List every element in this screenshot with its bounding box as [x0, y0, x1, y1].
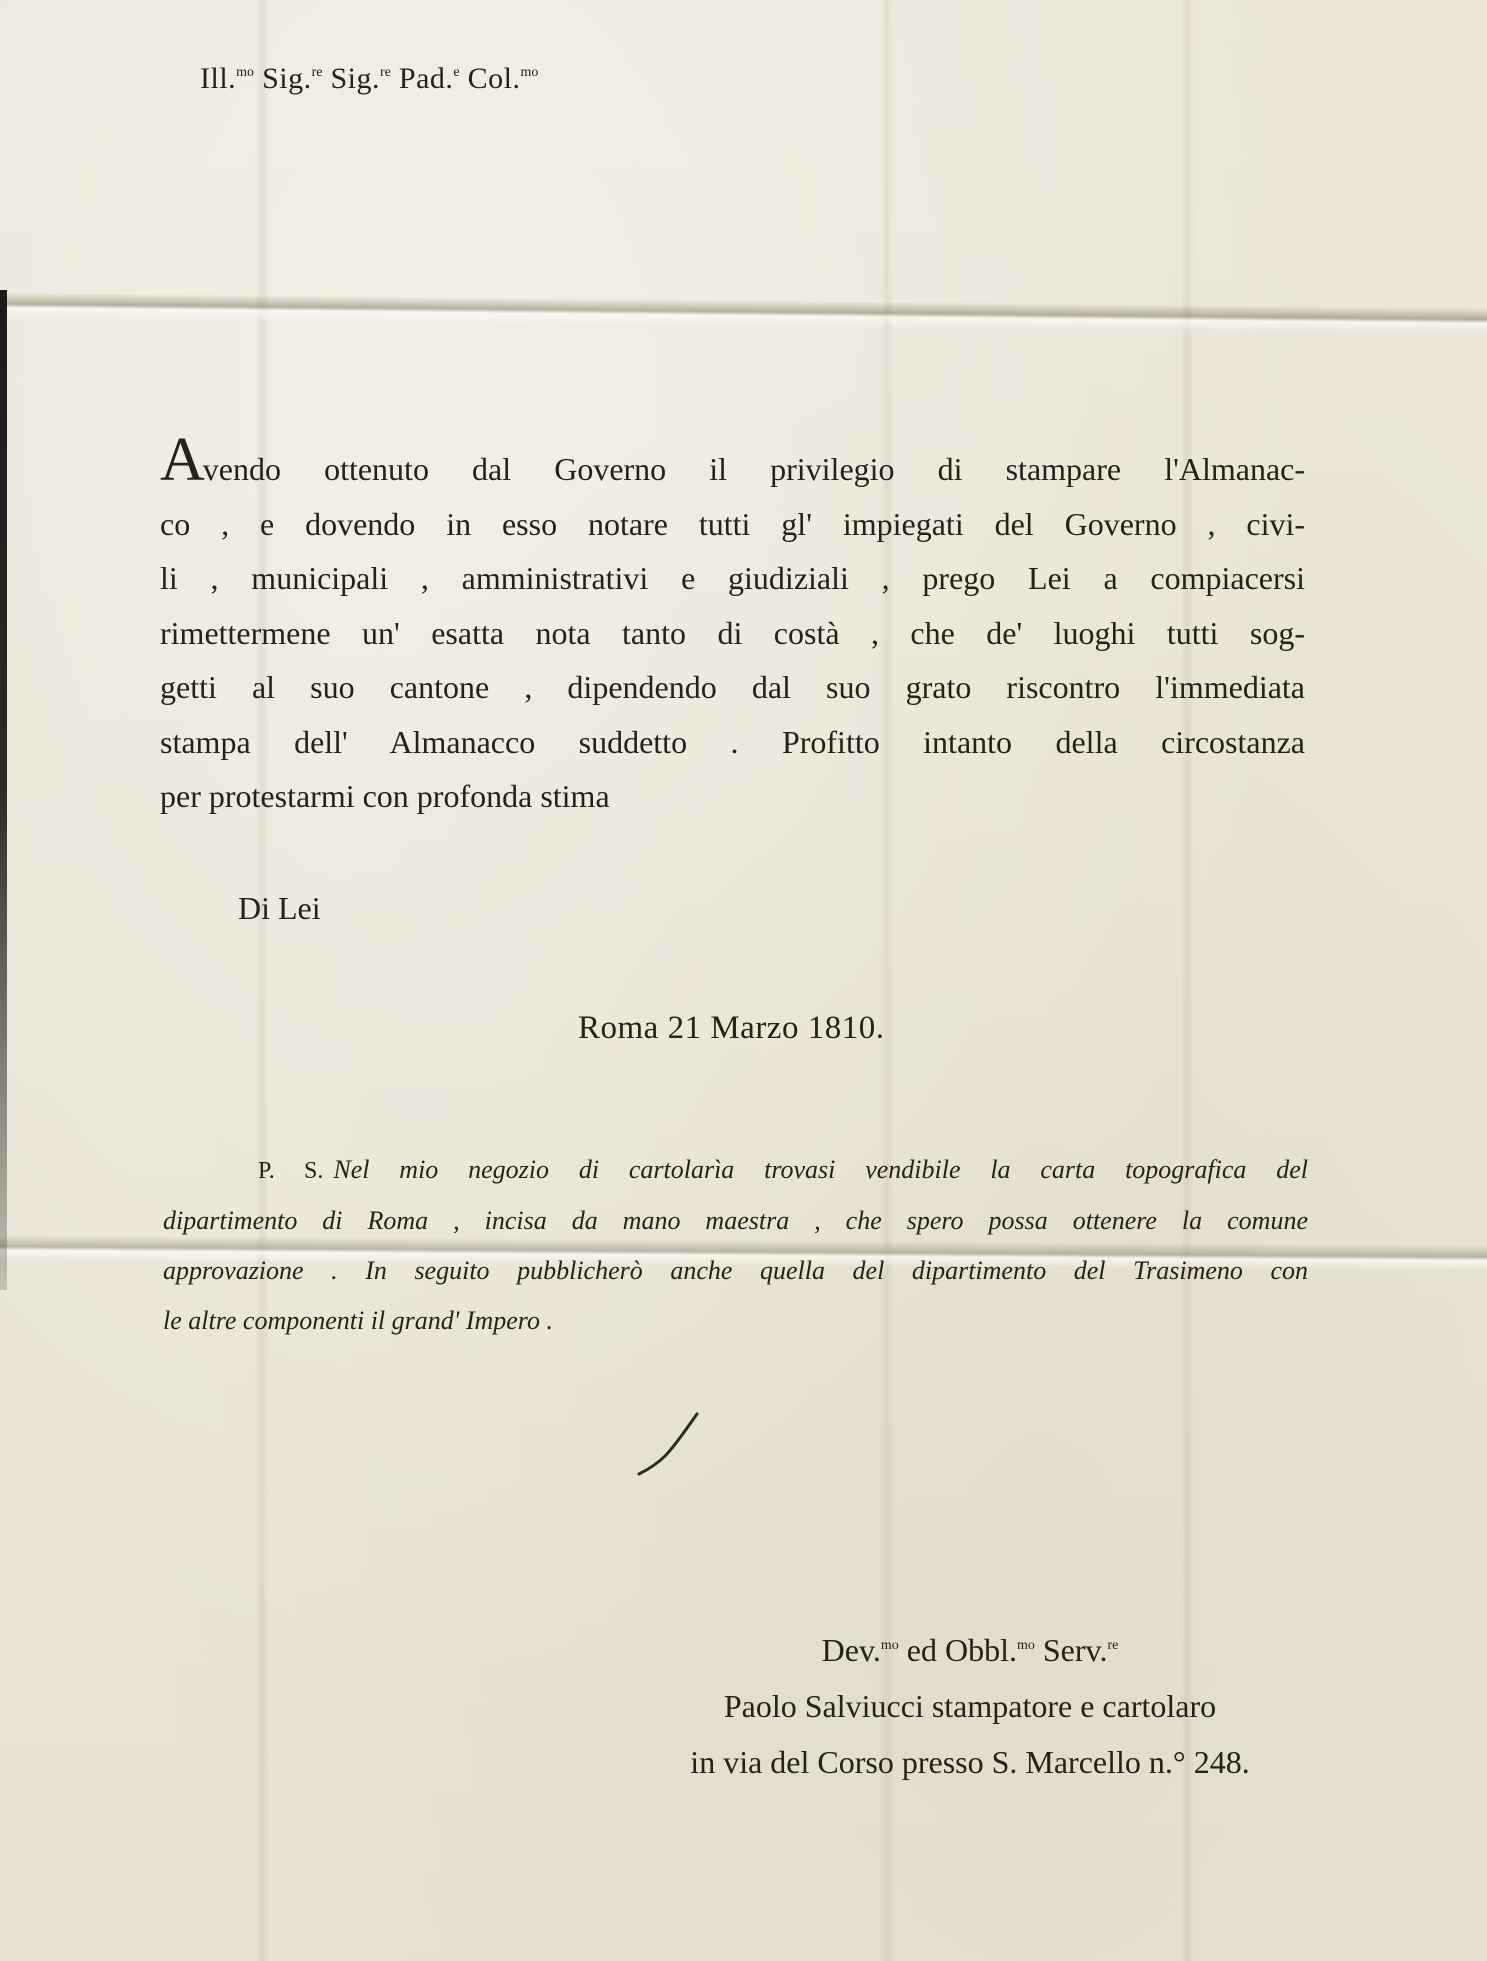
signature-address: in via del Corso presso S. Marcello n.° …	[620, 1734, 1320, 1790]
salutation-part: Ill.mo	[200, 62, 254, 95]
salutation-part: Sig.re	[322, 62, 390, 95]
postscript-label: P. S.	[258, 1158, 323, 1184]
postscript-line: approvazione . In seguito pubblicherò an…	[163, 1246, 1308, 1296]
body-line: co , e dovendo in esso notare tutti gl' …	[160, 497, 1305, 552]
pen-stroke-mark	[635, 1408, 705, 1478]
salutation: Ill.mo Sig.re Sig.re Pad.e Col.mo	[200, 62, 538, 96]
body-line: per protestarmi con profonda stima	[160, 769, 1305, 824]
salutation-part: Pad.e	[391, 62, 460, 95]
dateline: Roma 21 Marzo 1810.	[578, 1010, 884, 1047]
body-line: rimettermene un' esatta nota tanto di co…	[160, 606, 1305, 661]
body-line: getti al suo cantone , dipendendo dal su…	[160, 660, 1305, 715]
paper-left-edge-shadow	[0, 290, 7, 1290]
salutation-part: Sig.re	[254, 62, 322, 95]
signature-name: Paolo Salviucci stampatore e cartolaro	[620, 1678, 1320, 1734]
letter-body: Avendo ottenuto dal Governo il privilegi…	[160, 440, 1305, 824]
signature-block: Dev.mo ed Obbl.mo Serv.re Paolo Salviucc…	[620, 1618, 1320, 1790]
body-line: Avendo ottenuto dal Governo il privilegi…	[160, 440, 1305, 497]
postscript-line: P. S.Nel mio negozio di cartolarìa trova…	[163, 1145, 1308, 1196]
postscript-line: dipartimento di Roma , incisa da mano ma…	[163, 1196, 1308, 1246]
salutation-part: Col.mo	[460, 62, 539, 95]
body-line: stampa dell' Almanacco suddetto . Profit…	[160, 715, 1305, 770]
postscript: P. S.Nel mio negozio di cartolarìa trova…	[163, 1145, 1308, 1346]
closing: Di Lei	[238, 890, 321, 927]
body-line: li , municipali , amministrativi e giudi…	[160, 551, 1305, 606]
drop-cap: A	[160, 426, 205, 494]
postscript-line: le altre componenti il grand' Impero .	[163, 1296, 1308, 1346]
signature-formula: Dev.mo ed Obbl.mo Serv.re	[620, 1618, 1320, 1678]
